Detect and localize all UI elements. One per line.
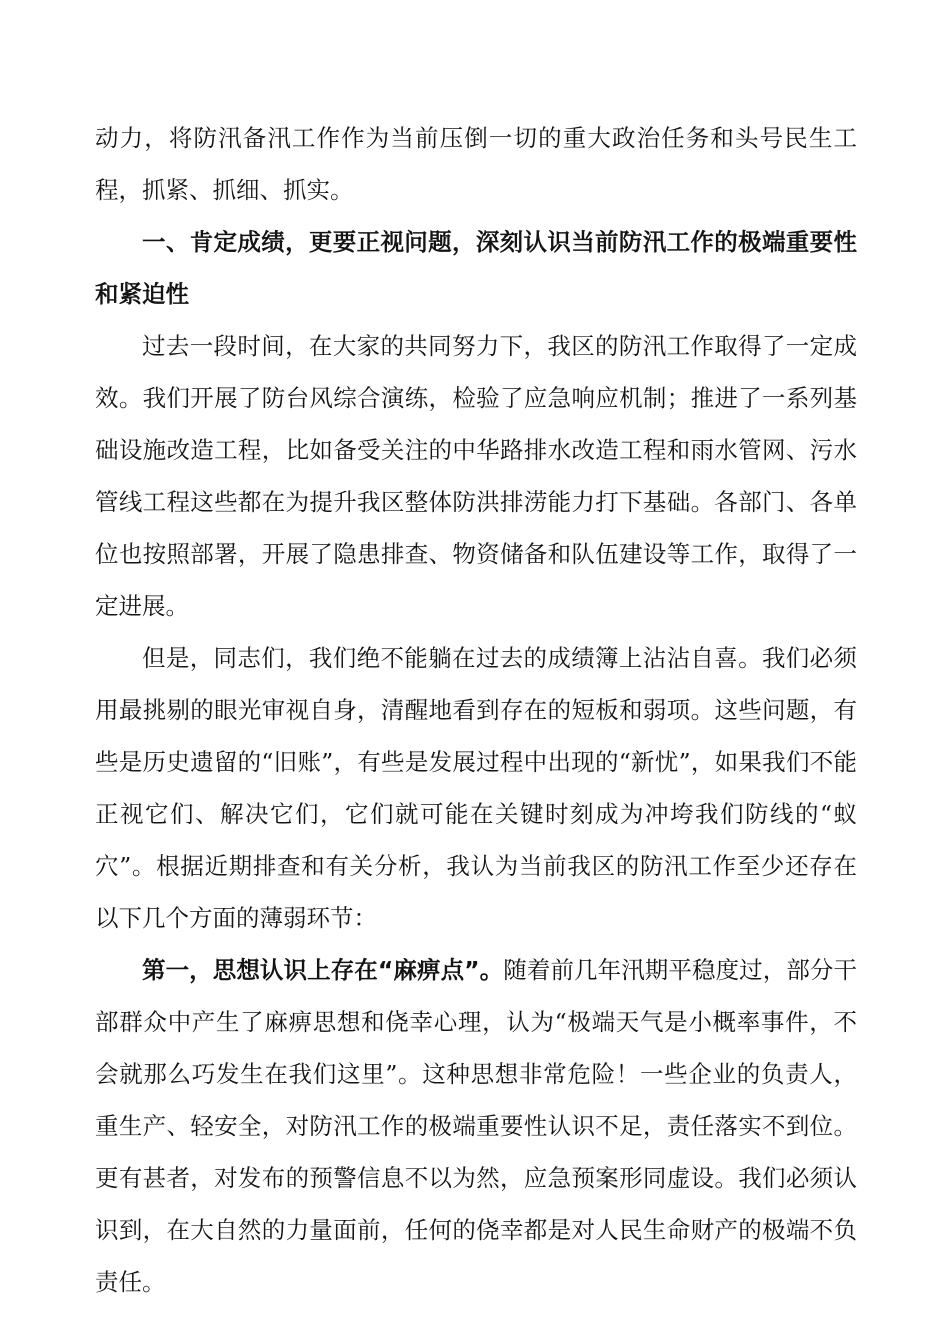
section-heading: 一、肯定成绩，更要正视问题，深刻认识当前防汛工作的极端重要性和紧迫性: [95, 216, 857, 320]
paragraph-continuation: 动力，将防汛备汛工作作为当前压倒一切的重大政治任务和头号民生工程，抓紧、抓细、抓…: [95, 112, 857, 216]
document-page: 动力，将防汛备汛工作作为当前压倒一切的重大政治任务和头号民生工程，抓紧、抓细、抓…: [0, 0, 950, 1344]
paragraph-lead-bold: 第一，思想认识上存在“麻痹点”。: [142, 956, 503, 984]
paragraph-problems: 但是，同志们，我们绝不能躺在过去的成绩簿上沾沾自喜。我们必须用最挑剔的眼光审视自…: [95, 632, 857, 944]
paragraph-achievements: 过去一段时间，在大家的共同努力下，我区的防汛工作取得了一定成效。我们开展了防台风…: [95, 320, 857, 632]
paragraph-first-issue: 第一，思想认识上存在“麻痹点”。随着前几年汛期平稳度过，部分干部群众中产生了麻痹…: [95, 944, 857, 1308]
paragraph-body-text: 随着前几年汛期平稳度过，部分干部群众中产生了麻痹思想和侥幸心理，认为“极端天气是…: [95, 956, 857, 1296]
